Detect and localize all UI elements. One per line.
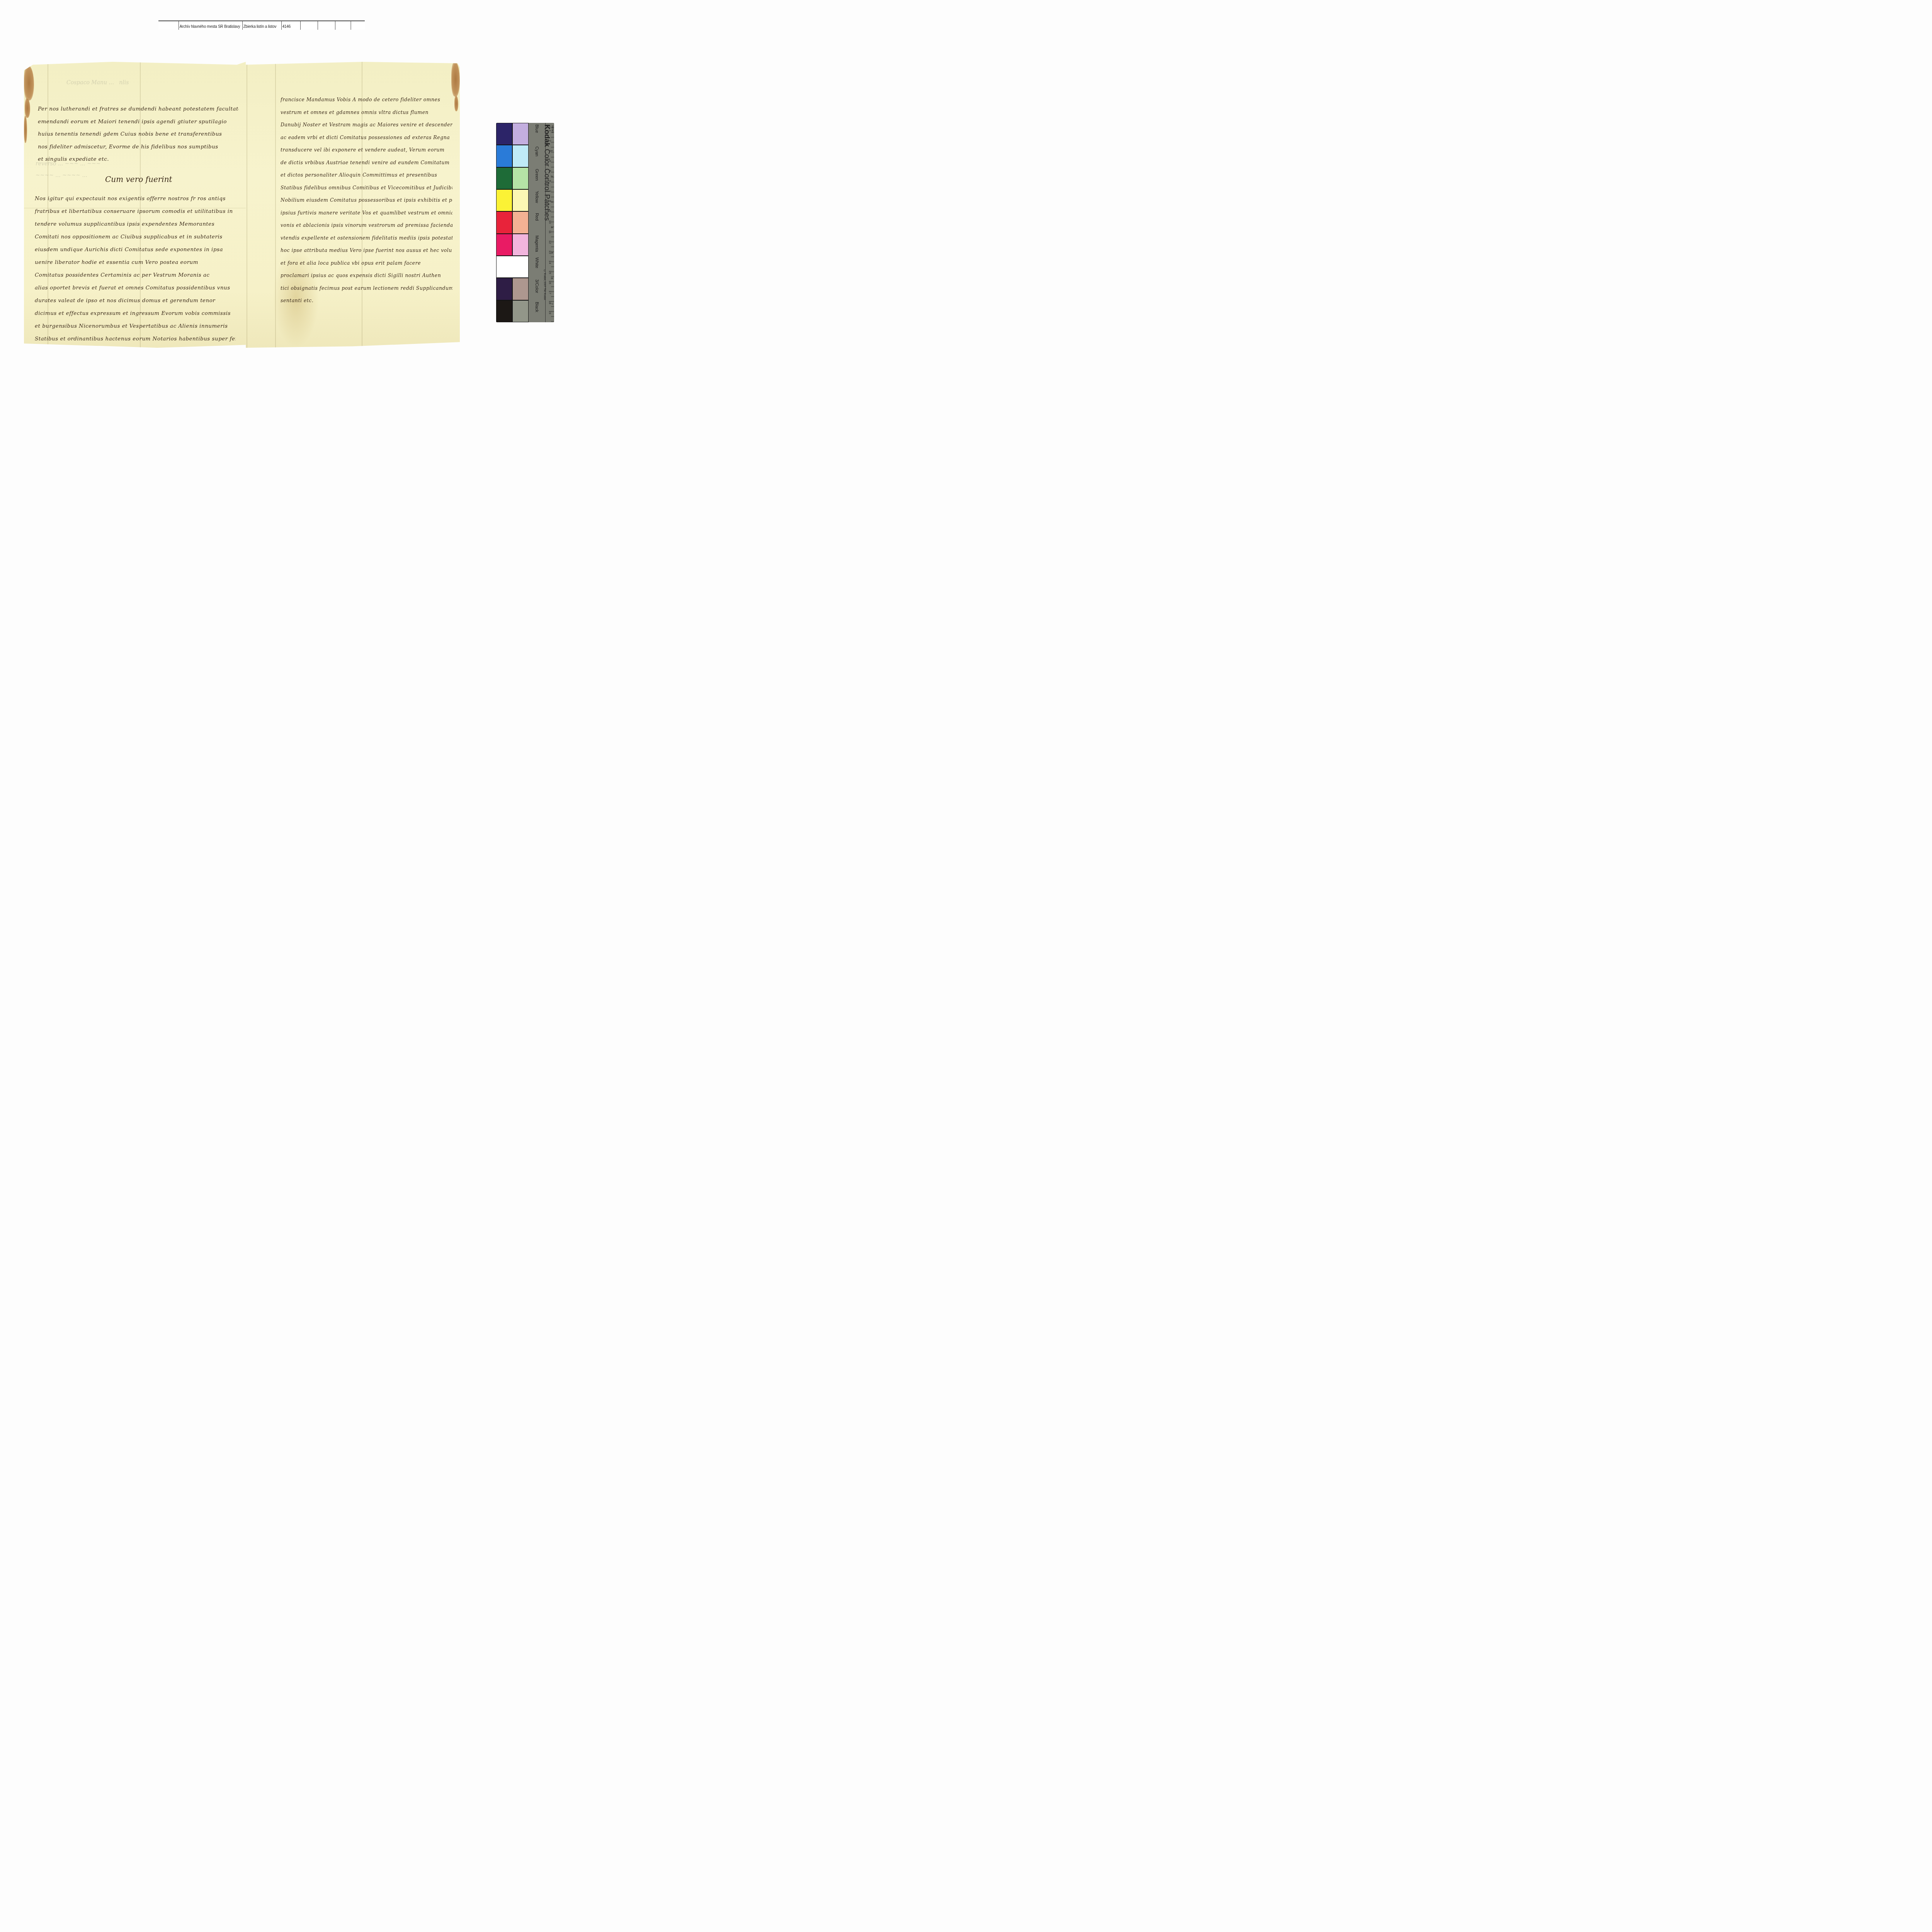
letter-paragraph-1: Per nos lutherandi et fratres se dumdend… — [38, 103, 239, 166]
script-line: tendere volumus supplicantibus ipsis exp… — [35, 218, 236, 231]
script-line: Comitatus possidentes Certaminis ac per … — [35, 269, 236, 282]
edge-stain — [24, 116, 27, 143]
script-line: uenire liberator hodie et essentia cum V… — [35, 256, 236, 269]
script-line: Statibus fidelibus omnibus Comitibus et … — [281, 182, 452, 194]
archive-empty-cell-2 — [318, 21, 333, 30]
patch-yellow-dark — [496, 189, 512, 211]
manuscript-right-page: francisce Mandamus Vobis A modo de ceter… — [246, 62, 460, 348]
patch-black-dark — [496, 300, 512, 322]
patch-green-light — [512, 167, 529, 189]
archive-document-number: 4146 — [281, 21, 298, 30]
patch-label: Magenta — [534, 235, 539, 252]
patch-white — [496, 256, 529, 278]
script-line: francisce Mandamus Vobis A modo de ceter… — [281, 94, 452, 106]
script-line: Danubij Noster et Vestram magis ac Maior… — [281, 119, 452, 131]
script-line: proclamari ipsius ac quos expensis dicti… — [281, 269, 452, 282]
patch-names: BlueCyanGreenYellowRedMagentaWhite3/Colo… — [534, 123, 540, 322]
patch-3-color-dark — [496, 278, 512, 300]
fold-line — [247, 62, 247, 348]
script-line: Nobilium eiusdem Comitatus possessoribus… — [281, 194, 452, 207]
manuscript-document: Cospaco Manu ... nlis reverso ... ~~~ ..… — [24, 62, 460, 348]
script-line: Statibus et ordinantibus hactenus eorum … — [35, 333, 236, 345]
patch-red-light — [512, 211, 529, 233]
script-line: emendandi eorum et Maiori tenendi ipsis … — [38, 116, 239, 128]
patch-label: Black — [534, 302, 539, 312]
letter-paragraph-3: francisce Mandamus Vobis A modo de ceter… — [281, 94, 452, 307]
patch-blue-light — [512, 123, 529, 145]
script-line: vtendis expellente et ostensionem fideli… — [281, 232, 452, 245]
archive-empty-cell-1 — [300, 21, 316, 30]
patch-3-color-light — [512, 278, 529, 300]
edge-stain — [451, 62, 460, 97]
archive-collection-label: Zbierka listín a listov — [242, 21, 277, 30]
script-line: Comitati nos oppositionem ac Ciuibus sup… — [35, 231, 236, 243]
script-line: et dictos personaliter Alioquin Committi… — [281, 169, 452, 182]
script-line: alias oportet brevis et fuerat et omnes … — [35, 282, 236, 294]
script-line: eiusdem undique Aurichis dicti Comitatus… — [35, 243, 236, 256]
archive-empty-cell-3 — [335, 21, 351, 30]
bleed-through-text: ~~~~ ... ~~~~ ... — [36, 170, 87, 181]
manuscript-left-page: Cospaco Manu ... nlis reverso ... ~~~ ..… — [24, 62, 246, 348]
edge-stain — [25, 99, 30, 118]
patch-label: Blue — [534, 124, 539, 133]
script-line: tici obsignatis fecimus post earum lecti… — [281, 282, 452, 295]
patch-green-dark — [496, 167, 512, 189]
script-line: durates valeat de ipso et nos dicimus do… — [35, 294, 236, 307]
archive-label-strip: Archív hlavného mesta SR Bratislavy Zbie… — [158, 20, 365, 30]
patch-cyan-dark — [496, 145, 512, 167]
script-line: dicimus et effectus expressum et ingress… — [35, 307, 236, 320]
bleed-through-text: Cospaco Manu ... nlis — [66, 77, 129, 88]
patch-black-light — [512, 300, 529, 322]
script-line: de dictis vrbibus Austriae tenendi venir… — [281, 156, 452, 169]
patch-cyan-light — [512, 145, 529, 167]
script-line: hoc ipse attributa medius Vero ipse fuer… — [281, 244, 452, 257]
patch-label: Cyan — [534, 146, 539, 156]
script-line: et burgensibus Nicenorumbus et Vespertat… — [35, 320, 236, 333]
script-line: vestrum et omnes et gdamnes omnis vltra … — [281, 106, 452, 119]
script-line: Per nos lutherandi et fratres se dumdend… — [38, 103, 239, 116]
script-line: ac eadem vrbi et dicti Comitatus possess… — [281, 131, 452, 144]
letter-paragraph-2: Nos igitur qui expectauit nos exigentis … — [35, 192, 236, 345]
patch-label: White — [534, 257, 539, 268]
label-left-margin — [158, 21, 179, 30]
kodak-color-chart: BlueCyanGreenYellowRedMagentaWhite3/Colo… — [496, 123, 554, 322]
script-line: nos fideliter admiscetur, Evorme de his … — [38, 141, 239, 153]
archive-institution-label: Archív hlavného mesta SR Bratislavy — [179, 21, 236, 30]
patch-red-dark — [496, 211, 512, 233]
script-line: Nos igitur qui expectauit nos exigentis … — [35, 192, 236, 205]
patch-yellow-light — [512, 189, 529, 211]
patch-label: Red — [534, 213, 539, 221]
script-line: fratribus et libertatibus conseruare ips… — [35, 205, 236, 218]
script-line: huius tenentis tenendi gdem Cuius nobis … — [38, 128, 239, 141]
ruler-strip: BlueCyanGreenYellowRedMagentaWhite3/Colo… — [529, 123, 554, 322]
patch-label: 3/Color — [534, 279, 539, 293]
script-line: transducere vel ibi exponere et vendere … — [281, 144, 452, 156]
script-line: sentanti etc. — [281, 294, 452, 307]
patch-label: Green — [534, 169, 539, 181]
patch-magenta-light — [512, 234, 529, 256]
patch-label: Yellow — [534, 191, 539, 203]
script-line: ipsius furtivis manere veritate Vos et q… — [281, 207, 452, 219]
script-line: et fora et alia loca publica vbi opus er… — [281, 257, 452, 270]
patch-magenta-dark — [496, 234, 512, 256]
letter-heading: Cum vero fuerint — [105, 175, 172, 184]
edge-stain — [454, 96, 458, 111]
edge-stain — [24, 66, 34, 100]
script-line: et singulis expediate etc. — [38, 153, 239, 166]
script-line: vonis et ablacionis ipsis vinorum vestro… — [281, 219, 452, 232]
patch-blue-dark — [496, 123, 512, 145]
ruler-ticks — [545, 123, 554, 322]
color-patches — [496, 123, 529, 322]
